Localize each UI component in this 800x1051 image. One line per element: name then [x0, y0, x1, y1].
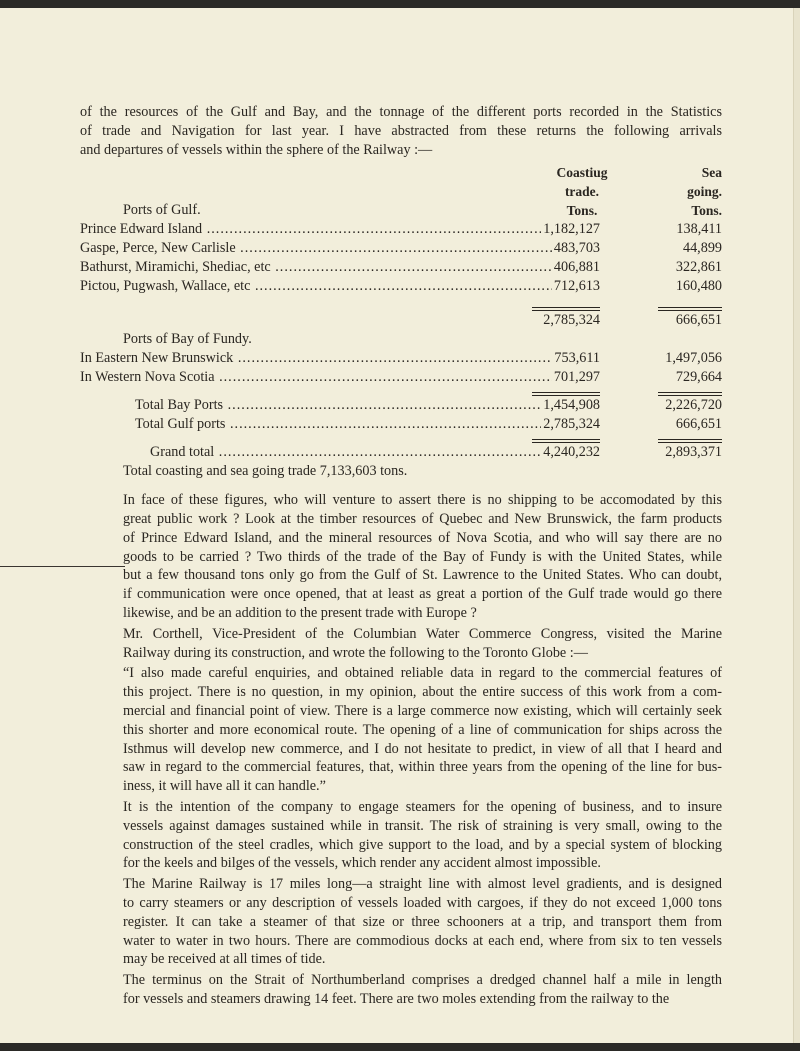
page-right-edge [793, 8, 800, 1043]
combined-total-text: Total coasting and sea going trade 7,133… [80, 462, 722, 481]
gulf-section-label: Ports of Gulf. [123, 201, 201, 220]
paragraph-terminus: The terminus on the Strait of Northumber… [80, 971, 722, 1009]
scan-bottom-border [0, 1043, 800, 1051]
tonnage-table: Coastiug trade. Tons. Sea going. Tons. P… [80, 163, 722, 481]
paragraph-steamers: It is the intention of the company to en… [80, 798, 722, 873]
total-gulf-row: Total Gulf ports 2,785,324 666,651 [80, 415, 722, 434]
paragraph-railway: The Marine Railway is 17 miles long—a st… [80, 875, 722, 969]
table-row: Pictou, Pugwash, Wallace, etc 712,613 16… [80, 277, 722, 296]
sea-going-column-header: Sea going. Tons. [650, 163, 722, 220]
paragraph-quote: “I also made careful enquiries, and obta… [80, 664, 722, 796]
text-line: of the resources of the Gulf and Bay, an… [80, 103, 722, 122]
intro-paragraph: of the resources of the Gulf and Bay, an… [80, 103, 722, 159]
grand-total-row: Grand total 4,240,232 2,893,371 [80, 443, 722, 462]
gulf-subtotal-row: 2,785,324 666,651 [80, 311, 722, 330]
paragraph-corthell: Mr. Corthell, Vice-President of the Colu… [80, 625, 722, 663]
scan-top-border [0, 0, 800, 8]
coasting-column-header: Coastiug trade. Tons. [517, 163, 647, 220]
table-row: In Eastern New Brunswick 753,611 1,497,0… [80, 349, 722, 368]
table-row: Prince Edward Island 1,182,127 138,411 [80, 220, 722, 239]
table-row: Bathurst, Miramichi, Shediac, etc 406,88… [80, 258, 722, 277]
text-line: and departures of vessels within the sph… [80, 141, 722, 160]
document-page: of the resources of the Gulf and Bay, an… [80, 103, 722, 1009]
table-row: In Western Nova Scotia 701,297 729,664 [80, 368, 722, 387]
table-header: Coastiug trade. Tons. Sea going. Tons. P… [80, 163, 722, 220]
total-bay-row: Total Bay Ports 1,454,908 2,226,720 [80, 396, 722, 415]
paragraph-figures: In face of these figures, who will ventu… [80, 491, 722, 623]
table-row: Gaspe, Perce, New Carlisle 483,703 44,89… [80, 239, 722, 258]
bay-section-label: Ports of Bay of Fundy. [80, 330, 722, 349]
text-line: of trade and Navigation for last year. I… [80, 122, 722, 141]
